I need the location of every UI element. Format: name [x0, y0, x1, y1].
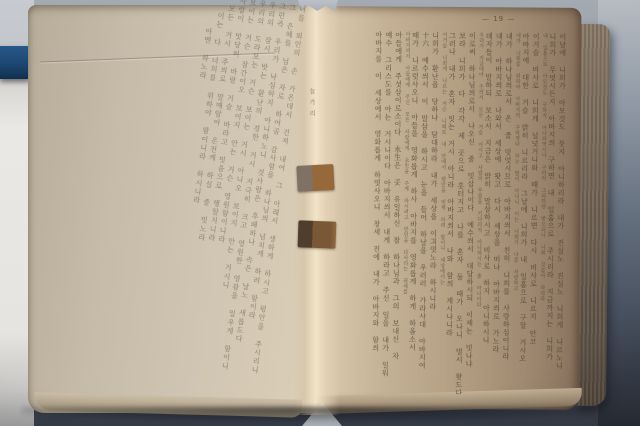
repair-tape [298, 220, 337, 248]
book-shadow [22, 407, 598, 424]
open-book: 너를 외인의 손 가온대서 건져 내여 그 아래서 생하게 하시고 평안을 주시… [0, 0, 640, 426]
photo-of-open-book: 너를 외인의 손 가온대서 건져 내여 그 아래서 생하게 하시고 평안을 주시… [0, 0, 640, 426]
page-crease [40, 52, 275, 62]
book-gutter [294, 5, 340, 415]
page-number: — 19 — [482, 15, 515, 23]
repair-tape [296, 164, 334, 192]
gutter-label: 늘가리 [307, 88, 316, 121]
left-page [28, 5, 320, 413]
right-page [317, 6, 582, 410]
